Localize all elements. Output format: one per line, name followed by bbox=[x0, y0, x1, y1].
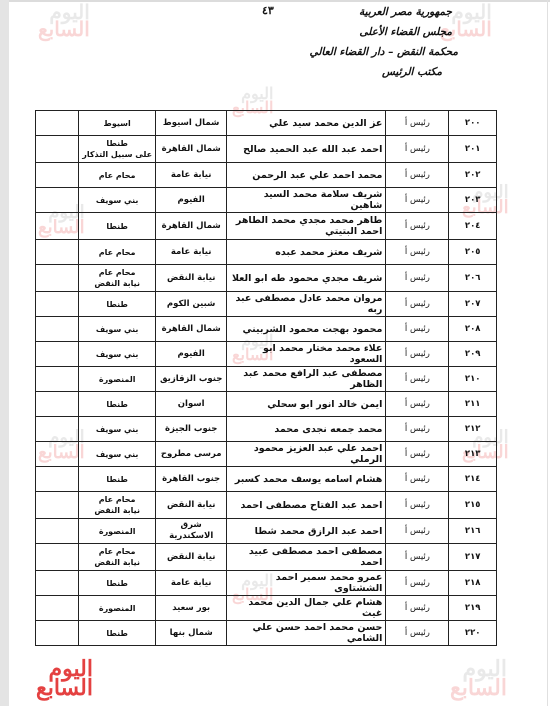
notes-cell bbox=[36, 367, 79, 392]
name-cell: شريف مجدي محمود طه ابو العلا bbox=[227, 265, 386, 292]
watermark-bottom-left: اليوم السابع bbox=[36, 660, 93, 697]
from-location-cell: نيابة النقض bbox=[156, 265, 227, 292]
rank-cell: رئيس أ bbox=[386, 240, 449, 265]
notes-cell bbox=[36, 342, 79, 367]
table-row: ٢٠٩رئيس أعلاء محمد مختار محمد ابو السعود… bbox=[36, 342, 497, 367]
to-location-line: بني سويف bbox=[82, 324, 152, 335]
notes-cell bbox=[36, 111, 79, 136]
to-location-line: طنطا bbox=[82, 399, 152, 410]
from-location-cell: الفيوم bbox=[156, 188, 227, 213]
table-row: ٢٠٧رئيس أمروان محمد عادل مصطفى عبد ربهشب… bbox=[36, 292, 497, 317]
to-location-line: محام عام bbox=[82, 267, 152, 278]
name-cell: هشام اسامه يوسف محمد كسبر bbox=[227, 467, 386, 492]
table-row: ٢٠٥رئيس أشريف معتز محمد عبدهنيابة عامةمح… bbox=[36, 240, 497, 265]
name-cell: عز الدين محمد سيد علي bbox=[227, 111, 386, 136]
rank-cell: رئيس أ bbox=[386, 188, 449, 213]
to-location-cell: محام عام bbox=[79, 163, 156, 188]
to-location-cell: محام عامنيابة النقض bbox=[79, 544, 156, 571]
rank-cell: رئيس أ bbox=[386, 213, 449, 240]
row-number: ٢٠٣ bbox=[449, 188, 497, 213]
rank-cell: رئيس أ bbox=[386, 544, 449, 571]
row-number: ٢٠٠ bbox=[449, 111, 497, 136]
to-location-line: المنصورة bbox=[82, 603, 152, 614]
rank-cell: رئيس أ bbox=[386, 492, 449, 519]
notes-cell bbox=[36, 621, 79, 646]
from-location-cell: نيابة عامة bbox=[156, 571, 227, 596]
from-location-cell: نيابة عامة bbox=[156, 240, 227, 265]
notes-cell bbox=[36, 292, 79, 317]
name-cell: هشام علي جمال الدين محمد غيث bbox=[227, 596, 386, 621]
notes-cell bbox=[36, 188, 79, 213]
rank-cell: رئيس أ bbox=[386, 519, 449, 544]
to-location-cell: المنصورة bbox=[79, 367, 156, 392]
watermark-bottom-right: اليوم السابع bbox=[450, 660, 507, 697]
notes-cell bbox=[36, 544, 79, 571]
to-location-cell: محام عامنيابة النقض bbox=[79, 492, 156, 519]
header-council: مجلس القضاء الأعلى bbox=[309, 22, 452, 42]
to-location-line: نيابة النقض bbox=[82, 557, 152, 568]
name-cell: احمد عبد الرازق محمد شطا bbox=[227, 519, 386, 544]
rank-cell: رئيس أ bbox=[386, 163, 449, 188]
notes-cell bbox=[36, 213, 79, 240]
to-location-cell: بني سويف bbox=[79, 188, 156, 213]
row-number: ٢١٥ bbox=[449, 492, 497, 519]
notes-cell bbox=[36, 442, 79, 467]
document-header: جمهورية مصر العربية مجلس القضاء الأعلى م… bbox=[309, 2, 458, 82]
header-republic: جمهورية مصر العربية bbox=[309, 2, 452, 22]
notes-cell bbox=[36, 392, 79, 417]
name-cell: محمد احمد علي عبد الرحمن bbox=[227, 163, 386, 188]
judges-table: ٢٠٠رئيس أعز الدين محمد سيد عليشمال اسيوط… bbox=[35, 110, 497, 646]
to-location-cell: بني سويف bbox=[79, 342, 156, 367]
notes-cell bbox=[36, 492, 79, 519]
row-number: ٢٠٧ bbox=[449, 292, 497, 317]
watermark-line1: اليوم bbox=[38, 5, 90, 22]
from-location-cell: اسوان bbox=[156, 392, 227, 417]
watermark-line2: السابع bbox=[450, 679, 507, 698]
header-court: محكمة النقض – دار القضاء العالي bbox=[309, 42, 458, 62]
from-location-cell: نيابة عامة bbox=[156, 163, 227, 188]
from-location-cell: شمال القاهرة bbox=[156, 136, 227, 163]
row-number: ٢٠٦ bbox=[449, 265, 497, 292]
row-number: ٢٢٠ bbox=[449, 621, 497, 646]
to-location-cell: طنطا bbox=[79, 621, 156, 646]
to-location-cell: اسيوط bbox=[79, 111, 156, 136]
row-number: ٢١٠ bbox=[449, 367, 497, 392]
table-row: ٢٠٤رئيس أطاهر محمد مجدي محمد الطاهر احمد… bbox=[36, 213, 497, 240]
table-row: ٢٠٨رئيس أمحمود بهجت محمود الشربينيشمال ا… bbox=[36, 317, 497, 342]
to-location-cell: طنطا bbox=[79, 213, 156, 240]
to-location-line: المنصورة bbox=[82, 374, 152, 385]
row-number: ٢٠٤ bbox=[449, 213, 497, 240]
table-row: ٢٠٦رئيس أشريف مجدي محمود طه ابو العلانيا… bbox=[36, 265, 497, 292]
row-number: ٢١٣ bbox=[449, 442, 497, 467]
table-row: ٢١٢رئيس أمحمد جمعه نجدى محمدجنوب الجيزةب… bbox=[36, 417, 497, 442]
to-location-line: اسيوط bbox=[82, 118, 152, 129]
name-cell: مصطفى عبد الرافع محمد عبد الظاهر bbox=[227, 367, 386, 392]
rank-cell: رئيس أ bbox=[386, 111, 449, 136]
page-right-edge bbox=[547, 0, 548, 706]
row-number: ٢١٦ bbox=[449, 519, 497, 544]
to-location-cell: بني سويف bbox=[79, 417, 156, 442]
row-number: ٢١٩ bbox=[449, 596, 497, 621]
row-number: ٢٠٨ bbox=[449, 317, 497, 342]
to-location-line: محام عام bbox=[82, 170, 152, 181]
page-top-edge bbox=[0, 0, 550, 2]
rank-cell: رئيس أ bbox=[386, 342, 449, 367]
to-location-line: طنطا bbox=[82, 299, 152, 310]
from-location-cell: جنوب القاهرة bbox=[156, 467, 227, 492]
from-location-cell: شبين الكوم bbox=[156, 292, 227, 317]
table-row: ٢١٨رئيس أعمرو محمد سمير احمد الششتاوىنيا… bbox=[36, 571, 497, 596]
from-location-cell: شمال بنها bbox=[156, 621, 227, 646]
name-cell: مصطفى احمد مصطفى عبيد احمد bbox=[227, 544, 386, 571]
to-location-line: طنطا bbox=[82, 628, 152, 639]
from-location-cell: جنوب الجيزة bbox=[156, 417, 227, 442]
table-row: ٢١٦رئيس أاحمد عبد الرازق محمد شطاشرق الا… bbox=[36, 519, 497, 544]
row-number: ٢١١ bbox=[449, 392, 497, 417]
to-location-line: بني سويف bbox=[82, 449, 152, 460]
name-cell: احمد عبد الفتاح مصطفى احمد bbox=[227, 492, 386, 519]
rank-cell: رئيس أ bbox=[386, 467, 449, 492]
rank-cell: رئيس أ bbox=[386, 367, 449, 392]
to-location-cell: طنطا bbox=[79, 571, 156, 596]
from-location-cell: مرسى مطروح bbox=[156, 442, 227, 467]
table-row: ٢١١رئيس أايمن خالد انور ابو سحلياسوانطنط… bbox=[36, 392, 497, 417]
to-location-line: طنطا bbox=[82, 138, 152, 149]
notes-cell bbox=[36, 417, 79, 442]
page-number: ٤٣ bbox=[262, 4, 274, 17]
viewer-left-margin bbox=[0, 0, 9, 706]
from-location-cell: الفيوم bbox=[156, 342, 227, 367]
notes-cell bbox=[36, 519, 79, 544]
to-location-cell: طنطاعلى سبيل التذكار bbox=[79, 136, 156, 163]
to-location-line: بني سويف bbox=[82, 424, 152, 435]
from-location-cell: بور سعيد bbox=[156, 596, 227, 621]
table-row: ٢١٥رئيس أاحمد عبد الفتاح مصطفى احمدنيابة… bbox=[36, 492, 497, 519]
table-row: ٢٠٠رئيس أعز الدين محمد سيد عليشمال اسيوط… bbox=[36, 111, 497, 136]
rank-cell: رئيس أ bbox=[386, 136, 449, 163]
to-location-cell: بني سويف bbox=[79, 442, 156, 467]
notes-cell bbox=[36, 163, 79, 188]
name-cell: علاء محمد مختار محمد ابو السعود bbox=[227, 342, 386, 367]
to-location-cell: محام عامنيابة النقض bbox=[79, 265, 156, 292]
name-cell: مروان محمد عادل مصطفى عبد ربه bbox=[227, 292, 386, 317]
table-row: ٢١٠رئيس أمصطفى عبد الرافع محمد عبد الظاه… bbox=[36, 367, 497, 392]
rank-cell: رئيس أ bbox=[386, 571, 449, 596]
rank-cell: رئيس أ bbox=[386, 317, 449, 342]
to-location-line: المنصورة bbox=[82, 526, 152, 537]
name-cell: احمد علي عبد العزيز محمود الرملي bbox=[227, 442, 386, 467]
name-cell: عمرو محمد سمير احمد الششتاوى bbox=[227, 571, 386, 596]
watermark-line2: السابع bbox=[36, 679, 93, 698]
name-cell: محمود بهجت محمود الشربيني bbox=[227, 317, 386, 342]
notes-cell bbox=[36, 571, 79, 596]
from-location-cell: شرق الاسكندرية bbox=[156, 519, 227, 544]
name-cell: شريف معتز محمد عبده bbox=[227, 240, 386, 265]
row-number: ٢٠٥ bbox=[449, 240, 497, 265]
to-location-line: طنطا bbox=[82, 474, 152, 485]
from-location-cell: شمال القاهرة bbox=[156, 213, 227, 240]
watermark-line2: السابع bbox=[38, 22, 90, 39]
to-location-cell: طنطا bbox=[79, 467, 156, 492]
watermark-line1: اليوم bbox=[232, 88, 273, 102]
rank-cell: رئيس أ bbox=[386, 621, 449, 646]
watermark-line1: اليوم bbox=[450, 660, 507, 679]
table-row: ٢١٩رئيس أهشام علي جمال الدين محمد غيثبور… bbox=[36, 596, 497, 621]
from-location-cell: نيابة النقض bbox=[156, 544, 227, 571]
name-cell: محمد جمعه نجدى محمد bbox=[227, 417, 386, 442]
notes-cell bbox=[36, 596, 79, 621]
to-location-cell: بني سويف bbox=[79, 317, 156, 342]
to-location-cell: طنطا bbox=[79, 392, 156, 417]
table-row: ٢٠٣رئيس أشريف سلامة محمد السيد شاهينالفي… bbox=[36, 188, 497, 213]
to-location-line: محام عام bbox=[82, 494, 152, 505]
table-row: ٢١٣رئيس أاحمد علي عبد العزيز محمود الرمل… bbox=[36, 442, 497, 467]
notes-cell bbox=[36, 467, 79, 492]
rank-cell: رئيس أ bbox=[386, 596, 449, 621]
name-cell: احمد عبد الله عبد الحميد صالح bbox=[227, 136, 386, 163]
to-location-line: نيابة النقض bbox=[82, 278, 152, 289]
row-number: ٢١٨ bbox=[449, 571, 497, 596]
to-location-line: طنطا bbox=[82, 578, 152, 589]
from-location-cell: شمال القاهرة bbox=[156, 317, 227, 342]
notes-cell bbox=[36, 317, 79, 342]
table-row: ٢١٧رئيس أمصطفى احمد مصطفى عبيد احمدنيابة… bbox=[36, 544, 497, 571]
row-number: ٢٠٢ bbox=[449, 163, 497, 188]
from-location-cell: جنوب الزقازيق bbox=[156, 367, 227, 392]
name-cell: حسن محمد احمد حسن علي الشامي bbox=[227, 621, 386, 646]
to-location-line: طنطا bbox=[82, 221, 152, 232]
rank-cell: رئيس أ bbox=[386, 392, 449, 417]
to-location-cell: المنصورة bbox=[79, 519, 156, 544]
notes-cell bbox=[36, 136, 79, 163]
row-number: ٢٠٩ bbox=[449, 342, 497, 367]
table-row: ٢٠١رئيس أاحمد عبد الله عبد الحميد صالحشم… bbox=[36, 136, 497, 163]
to-location-line: محام عام bbox=[82, 247, 152, 258]
to-location-line: على سبيل التذكار bbox=[82, 149, 152, 160]
name-cell: ايمن خالد انور ابو سحلي bbox=[227, 392, 386, 417]
rank-cell: رئيس أ bbox=[386, 265, 449, 292]
to-location-cell: محام عام bbox=[79, 240, 156, 265]
to-location-line: نيابة النقض bbox=[82, 505, 152, 516]
notes-cell bbox=[36, 265, 79, 292]
to-location-cell: المنصورة bbox=[79, 596, 156, 621]
to-location-cell: طنطا bbox=[79, 292, 156, 317]
row-number: ٢٠١ bbox=[449, 136, 497, 163]
table-row: ٢٢٠رئيس أحسن محمد احمد حسن علي الشاميشما… bbox=[36, 621, 497, 646]
rank-cell: رئيس أ bbox=[386, 417, 449, 442]
row-number: ٢١٢ bbox=[449, 417, 497, 442]
name-cell: طاهر محمد مجدي محمد الطاهر احمد البتيتي bbox=[227, 213, 386, 240]
rank-cell: رئيس أ bbox=[386, 442, 449, 467]
header-office: مكتب الرئيس bbox=[309, 62, 442, 82]
table-row: ٢١٤رئيس أهشام اسامه يوسف محمد كسبرجنوب ا… bbox=[36, 467, 497, 492]
notes-cell bbox=[36, 240, 79, 265]
to-location-line: بني سويف bbox=[82, 349, 152, 360]
from-location-cell: شمال اسيوط bbox=[156, 111, 227, 136]
name-cell: شريف سلامة محمد السيد شاهين bbox=[227, 188, 386, 213]
to-location-line: بني سويف bbox=[82, 195, 152, 206]
rank-cell: رئيس أ bbox=[386, 292, 449, 317]
watermark-top-left: اليوم السابع bbox=[38, 5, 90, 39]
row-number: ٢١٤ bbox=[449, 467, 497, 492]
from-location-cell: نيابة النقض bbox=[156, 492, 227, 519]
to-location-line: محام عام bbox=[82, 546, 152, 557]
watermark-line1: اليوم bbox=[36, 660, 93, 679]
table-row: ٢٠٢رئيس أمحمد احمد علي عبد الرحمننيابة ع… bbox=[36, 163, 497, 188]
row-number: ٢١٧ bbox=[449, 544, 497, 571]
